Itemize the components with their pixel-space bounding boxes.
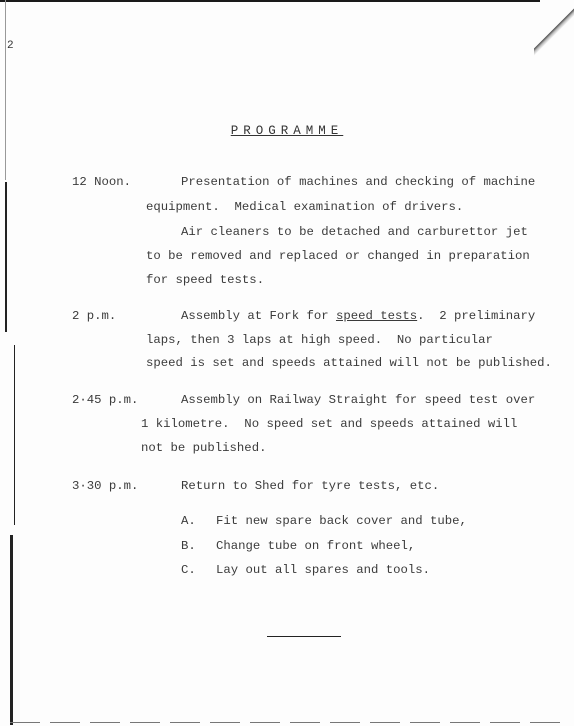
subitem-text: Fit new spare back cover and tube, (216, 514, 467, 528)
document-page: 2 PROGRAMME 12 Noon. Presentation of mac… (0, 0, 574, 726)
time-label: 3·30 p.m. (72, 479, 138, 493)
page-edge-top (0, 0, 540, 2)
subitem-label: A. (181, 514, 196, 528)
page-edge-left (10, 535, 13, 725)
item-text-prefix: Assembly at Fork for (181, 309, 336, 323)
page-edge-left (5, 0, 6, 180)
time-label: 12 Noon. (72, 175, 131, 189)
page-edge-left (14, 345, 15, 525)
item-text: for speed tests. (146, 273, 264, 287)
closing-rule (267, 636, 341, 637)
page-edge-bottom (10, 722, 564, 723)
item-text: Assembly at Fork for speed tests. 2 prel… (181, 309, 535, 323)
page-edge-left (5, 182, 7, 332)
time-label: 2·45 p.m. (72, 393, 138, 407)
subitem-text: Lay out all spares and tools. (216, 563, 430, 577)
subitem-label: C. (181, 563, 196, 577)
item-text: equipment. Medical examination of driver… (146, 200, 463, 214)
item-text: speed is set and speeds attained will no… (146, 356, 552, 370)
folded-corner (534, 0, 574, 60)
underlined-text: speed tests (336, 309, 417, 323)
item-text: Assembly on Railway Straight for speed t… (181, 393, 535, 407)
item-text: laps, then 3 laps at high speed. No part… (146, 333, 493, 347)
item-text: not be published. (141, 441, 266, 455)
item-text: 1 kilometre. No speed set and speeds att… (141, 417, 517, 431)
item-text: to be removed and replaced or changed in… (146, 249, 530, 263)
item-text: Return to Shed for tyre tests, etc. (181, 479, 439, 493)
page-number: 2 (7, 40, 14, 52)
item-text: Presentation of machines and checking of… (181, 175, 535, 189)
item-text: Air cleaners to be detached and carburet… (181, 225, 528, 239)
subitem-text: Change tube on front wheel, (216, 539, 415, 553)
time-label: 2 p.m. (72, 309, 116, 323)
item-text-suffix: . 2 preliminary (417, 309, 535, 323)
subitem-label: B. (181, 539, 196, 553)
document-title: PROGRAMME (0, 124, 574, 138)
